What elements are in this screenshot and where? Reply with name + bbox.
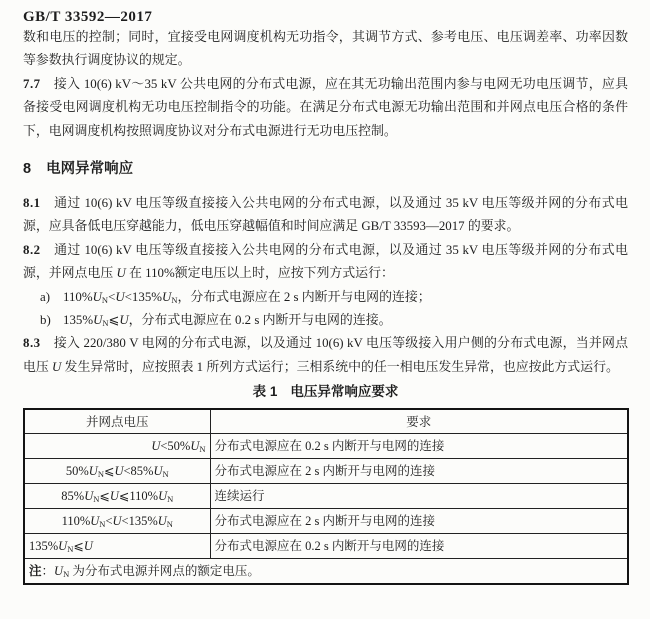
list-item-b: b)135%UN⩽U，分布式电源应在 0.2 s 内断开与电网的连接。: [23, 309, 628, 332]
list-item-b-label: b): [40, 309, 63, 332]
table-note-text: ：UN 为分布式电源并网点的额定电压。: [42, 564, 260, 578]
clause-8-3-text: 接入 220/380 V 电网的分布式电源，以及通过 10(6) kV 电压等级…: [23, 336, 628, 373]
table-note: 注：UN 为分布式电源并网点的额定电压。: [24, 559, 628, 585]
voltage-cell: 110%UN<U<135%UN: [24, 509, 210, 534]
section-8-title: 电网异常响应: [46, 161, 133, 177]
clause-7-7-text: 接入 10(6) kV～35 kV 公共电网的分布式电源，应在其无功输出范围内参…: [23, 77, 628, 138]
column-header-requirement: 要求: [210, 409, 628, 434]
clause-8-1-number: 8.1: [23, 196, 41, 210]
requirement-cell: 分布式电源应在 0.2 s 内断开与电网的连接: [210, 534, 628, 559]
section-8-number: 8: [23, 161, 31, 177]
clause-7-7-number: 7.7: [23, 77, 41, 91]
clause-8-1-text: 通过 10(6) kV 电压等级直接接入公共电网的分布式电源，以及通过 35 k…: [23, 196, 628, 233]
document-page: GB/T 33592—2017 数和电压的控制；同时，宜接受电网调度机构无功指令…: [0, 0, 650, 619]
table-row: 110%UN<U<135%UN 分布式电源应在 2 s 内断开与电网的连接: [24, 509, 628, 534]
list-item-b-text: 135%UN⩽U，分布式电源应在 0.2 s 内断开与电网的连接。: [63, 313, 392, 327]
paragraph-continuation: 数和电压的控制；同时，宜接受电网调度机构无功指令，其调节方式、参考电压、电压调差…: [23, 26, 628, 73]
table-note-row: 注：UN 为分布式电源并网点的额定电压。: [24, 559, 628, 585]
requirement-cell: 分布式电源应在 2 s 内断开与电网的连接: [210, 509, 628, 534]
clause-8-2-text: 通过 10(6) kV 电压等级直接接入公共电网的分布式电源，以及通过 35 k…: [23, 243, 628, 280]
table-note-label: 注: [29, 564, 42, 578]
voltage-cell: 85%UN⩽U⩽110%UN: [24, 484, 210, 509]
doc-number: GB/T 33592—2017: [23, 8, 628, 26]
section-8-heading: 8电网异常响应: [23, 157, 628, 181]
table-1-caption-title: 电压异常响应要求: [290, 384, 398, 399]
table-row: 135%UN⩽U 分布式电源应在 0.2 s 内断开与电网的连接: [24, 534, 628, 559]
table-row: U<50%UN 分布式电源应在 0.2 s 内断开与电网的连接: [24, 434, 628, 459]
table-1: 并网点电压 要求 U<50%UN 分布式电源应在 0.2 s 内断开与电网的连接…: [23, 408, 629, 585]
list-item-a: a)110%UN<U<135%UN，分布式电源应在 2 s 内断开与电网的连接；: [23, 286, 628, 309]
voltage-cell: 135%UN⩽U: [24, 534, 210, 559]
requirement-cell: 分布式电源应在 2 s 内断开与电网的连接: [210, 459, 628, 484]
clause-8-3-number: 8.3: [23, 336, 41, 350]
voltage-cell: 50%UN⩽U<85%UN: [24, 459, 210, 484]
voltage-cell: U<50%UN: [24, 434, 210, 459]
clause-8-2: 8.2通过 10(6) kV 电压等级直接接入公共电网的分布式电源，以及通过 3…: [23, 239, 628, 286]
table-row: 85%UN⩽U⩽110%UN 连续运行: [24, 484, 628, 509]
clause-8-3: 8.3接入 220/380 V 电网的分布式电源，以及通过 10(6) kV 电…: [23, 332, 628, 379]
list-item-a-text: 110%UN<U<135%UN，分布式电源应在 2 s 内断开与电网的连接；: [63, 290, 431, 304]
list-item-a-label: a): [40, 286, 63, 309]
requirement-cell: 连续运行: [210, 484, 628, 509]
table-header-row: 并网点电压 要求: [24, 409, 628, 434]
requirement-cell: 分布式电源应在 0.2 s 内断开与电网的连接: [210, 434, 628, 459]
clause-8-1: 8.1通过 10(6) kV 电压等级直接接入公共电网的分布式电源，以及通过 3…: [23, 192, 628, 239]
column-header-voltage: 并网点电压: [24, 409, 210, 434]
table-1-caption: 表 1电压异常响应要求: [23, 383, 628, 401]
clause-7-7: 7.7接入 10(6) kV～35 kV 公共电网的分布式电源，应在其无功输出范…: [23, 73, 628, 143]
table-1-caption-number: 表 1: [253, 384, 278, 399]
table-row: 50%UN⩽U<85%UN 分布式电源应在 2 s 内断开与电网的连接: [24, 459, 628, 484]
clause-8-2-number: 8.2: [23, 243, 41, 257]
